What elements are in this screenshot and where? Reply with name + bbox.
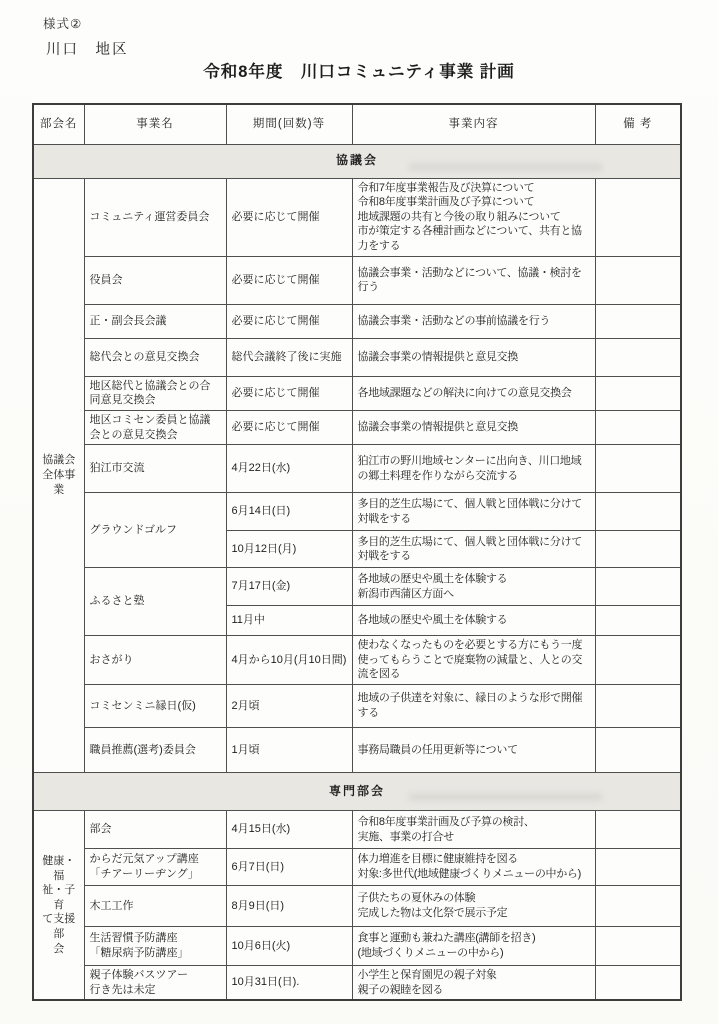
table-row: 親子体験バスツアー 行き先は未定 10月31日(日). 小学生と保育園児の親子対… (33, 966, 681, 1001)
header-cell-period: 期間(回数)等 (226, 104, 352, 144)
cell-period: 10月6日(火) (226, 927, 352, 966)
cell-project-name: ふるさと塾 (84, 568, 226, 636)
cell-remarks (595, 927, 681, 966)
cell-remarks (595, 338, 681, 376)
cell-remarks (595, 966, 681, 1001)
table-row: 役員会 必要に応じて開催 協議会事業・活動などについて、協議・検討を行う (33, 256, 681, 304)
cell-content: 多目的芝生広場にて、個人戦と団体戦に分けて対戦をする (352, 531, 595, 568)
cell-project-name: からだ元気アップ講座 「チアーリーヂング」 (84, 849, 226, 886)
cell-remarks (595, 531, 681, 568)
cell-period: 必要に応じて開催 (226, 256, 352, 304)
cell-project-name: 親子体験バスツアー 行き先は未定 (84, 966, 226, 1001)
section-band-special-committee: 専門部会 (33, 773, 681, 811)
cell-remarks (595, 849, 681, 886)
form-number-label: 様式② (43, 14, 82, 32)
cell-remarks (595, 636, 681, 685)
cell-remarks (595, 606, 681, 636)
cell-period: 7月17日(金) (226, 568, 352, 606)
cell-period: 11月中 (226, 606, 352, 636)
group-cell-health-welfare-childcare: 健康・福 祉・子育 て支援部 会 (33, 811, 84, 1001)
table-row: 正・副会長会議 必要に応じて開催 協議会事業・活動などの事前協議を行う (33, 304, 681, 338)
cell-period: 必要に応じて開催 (226, 304, 352, 338)
cell-content: 協議会事業・活動などの事前協議を行う (352, 304, 595, 338)
scanned-document-page: 様式② 川口 地区 令和8年度 川口コミュニティ事業 計画 部会名 事業名 期間… (0, 0, 718, 1024)
cell-content: 食事と運動も兼ねた講座(講師を招き) (地域づくりメニューの中から) (352, 927, 595, 966)
cell-project-name: 部会 (84, 811, 226, 849)
cell-remarks (595, 445, 681, 493)
cell-content: 各地域の歴史や風土を体験する (352, 606, 595, 636)
cell-period: 総代会議終了後に実施 (226, 338, 352, 376)
cell-project-name: 総代会との意見交換会 (84, 338, 226, 376)
scan-bleed-artifact (409, 163, 603, 171)
header-cell-content: 事業内容 (352, 104, 595, 144)
cell-project-name: 役員会 (84, 256, 226, 304)
table-row: 木工工作 8月9日(日) 子供たちの夏休みの体験 完成した物は文化祭で展示予定 (33, 886, 681, 927)
cell-project-name: 正・副会長会議 (84, 304, 226, 338)
cell-content: 協議会事業・活動などについて、協議・検討を行う (352, 256, 595, 304)
cell-content: 協議会事業の情報提供と意見交換 (352, 338, 595, 376)
section-band-row: 専門部会 (33, 773, 681, 811)
cell-period: 4月から10月(月10日間) (226, 636, 352, 685)
section-band-row: 協議会 (33, 144, 681, 178)
cell-remarks (595, 493, 681, 531)
cell-content: 令和8年度事業計画及び予算の検討、 実施、事業の打合せ (352, 811, 595, 849)
cell-remarks (595, 685, 681, 728)
table-row: ふるさと塾 7月17日(金) 各地域の歴史や風土を体験する 新潟市西蒲区方面へ (33, 568, 681, 606)
cell-project-name: 生活習慣予防講座 「糖尿病予防講座」 (84, 927, 226, 966)
cell-content: 協議会事業の情報提供と意見交換 (352, 410, 595, 444)
cell-content: 体力増進を目標に健康維持を図る 対象:多世代(地域健康づくりメニューの中から) (352, 849, 595, 886)
cell-content: 小学生と保育園児の親子対象 親子の親睦を図る (352, 966, 595, 1001)
cell-period: 10月31日(日). (226, 966, 352, 1001)
cell-remarks (595, 811, 681, 849)
cell-period: 2月頃 (226, 685, 352, 728)
table-row: コミセンミニ縁日(仮) 2月頃 地域の子供達を対象に、縁日のような形で開催する (33, 685, 681, 728)
cell-period: 4月15日(水) (226, 811, 352, 849)
cell-remarks (595, 568, 681, 606)
table-header-row: 部会名 事業名 期間(回数)等 事業内容 備 考 (33, 104, 681, 144)
cell-project-name: コミュニティ運営委員会 (84, 178, 226, 256)
cell-remarks (595, 728, 681, 773)
cell-project-name: 職員推薦(選考)委員会 (84, 728, 226, 773)
community-plan-table: 部会名 事業名 期間(回数)等 事業内容 備 考 協議会 協議会 全体事業 コミ… (32, 103, 682, 1001)
cell-project-name: おさがり (84, 636, 226, 685)
cell-period: 6月14日(日) (226, 493, 352, 531)
cell-period: 1月頃 (226, 728, 352, 773)
table-row: グラウンドゴルフ 6月14日(日) 多目的芝生広場にて、個人戦と団体戦に分けて対… (33, 493, 681, 531)
district-label: 川口 地区 (46, 38, 129, 59)
table-row: 健康・福 祉・子育 て支援部 会 部会 4月15日(水) 令和8年度事業計画及び… (33, 811, 681, 849)
table-row: 総代会との意見交換会 総代会議終了後に実施 協議会事業の情報提供と意見交換 (33, 338, 681, 376)
table-row: 地区総代と協議会との合同意見交換会 必要に応じて開催 各地域課題などの解決に向け… (33, 376, 681, 410)
cell-project-name: コミセンミニ縁日(仮) (84, 685, 226, 728)
cell-content: 狛江市の野川地域センターに出向き、川口地域の郷土料理を作りながら交流する (352, 445, 595, 493)
table-row: 協議会 全体事業 コミュニティ運営委員会 必要に応じて開催 令和7年度事業報告及… (33, 178, 681, 256)
header-cell-group: 部会名 (33, 104, 84, 144)
cell-project-name: 地区コミセン委員と協議会との意見交換会 (84, 410, 226, 444)
cell-period: 必要に応じて開催 (226, 178, 352, 256)
cell-content: 各地域課題などの解決に向けての意見交換会 (352, 376, 595, 410)
cell-content: 各地域の歴史や風土を体験する 新潟市西蒲区方面へ (352, 568, 595, 606)
cell-project-name: グラウンドゴルフ (84, 493, 226, 568)
cell-content: 使わなくなったものを必要とする方にもう一度使ってもらうことで廃棄物の減量と、人と… (352, 636, 595, 685)
cell-project-name: 地区総代と協議会との合同意見交換会 (84, 376, 226, 410)
cell-period: 6月7日(日) (226, 849, 352, 886)
table-row: 地区コミセン委員と協議会との意見交換会 必要に応じて開催 協議会事業の情報提供と… (33, 410, 681, 444)
cell-period: 4月22日(水) (226, 445, 352, 493)
table-row: 職員推薦(選考)委員会 1月頃 事務局職員の任用更新等について (33, 728, 681, 773)
table-row: からだ元気アップ講座 「チアーリーヂング」 6月7日(日) 体力増進を目標に健康… (33, 849, 681, 886)
cell-remarks (595, 886, 681, 927)
table-row: 生活習慣予防講座 「糖尿病予防講座」 10月6日(火) 食事と運動も兼ねた講座(… (33, 927, 681, 966)
cell-period: 必要に応じて開催 (226, 376, 352, 410)
cell-content: 多目的芝生広場にて、個人戦と団体戦に分けて対戦をする (352, 493, 595, 531)
cell-remarks (595, 376, 681, 410)
header-cell-name: 事業名 (84, 104, 226, 144)
cell-remarks (595, 304, 681, 338)
cell-project-name: 狛江市交流 (84, 445, 226, 493)
table-row: 狛江市交流 4月22日(水) 狛江市の野川地域センターに出向き、川口地域の郷土料… (33, 445, 681, 493)
group-cell-council-overall: 協議会 全体事業 (33, 178, 84, 773)
cell-period: 10月12日(月) (226, 531, 352, 568)
table-row: おさがり 4月から10月(月10日間) 使わなくなったものを必要とする方にもう一… (33, 636, 681, 685)
cell-remarks (595, 256, 681, 304)
cell-content: 事務局職員の任用更新等について (352, 728, 595, 773)
cell-content: 地域の子供達を対象に、縁日のような形で開催する (352, 685, 595, 728)
cell-remarks (595, 410, 681, 444)
cell-period: 必要に応じて開催 (226, 410, 352, 444)
section-band-council: 協議会 (33, 144, 681, 178)
cell-remarks (595, 178, 681, 256)
page-title: 令和8年度 川口コミュニティ事業 計画 (0, 58, 718, 82)
cell-content: 子供たちの夏休みの体験 完成した物は文化祭で展示予定 (352, 886, 595, 927)
scan-bleed-artifact (409, 793, 603, 801)
cell-period: 8月9日(日) (226, 886, 352, 927)
cell-project-name: 木工工作 (84, 886, 226, 927)
cell-content: 令和7年度事業報告及び決算について 令和8年度事業計画及び予算について 地域課題… (352, 178, 595, 256)
header-cell-remarks: 備 考 (595, 104, 681, 144)
